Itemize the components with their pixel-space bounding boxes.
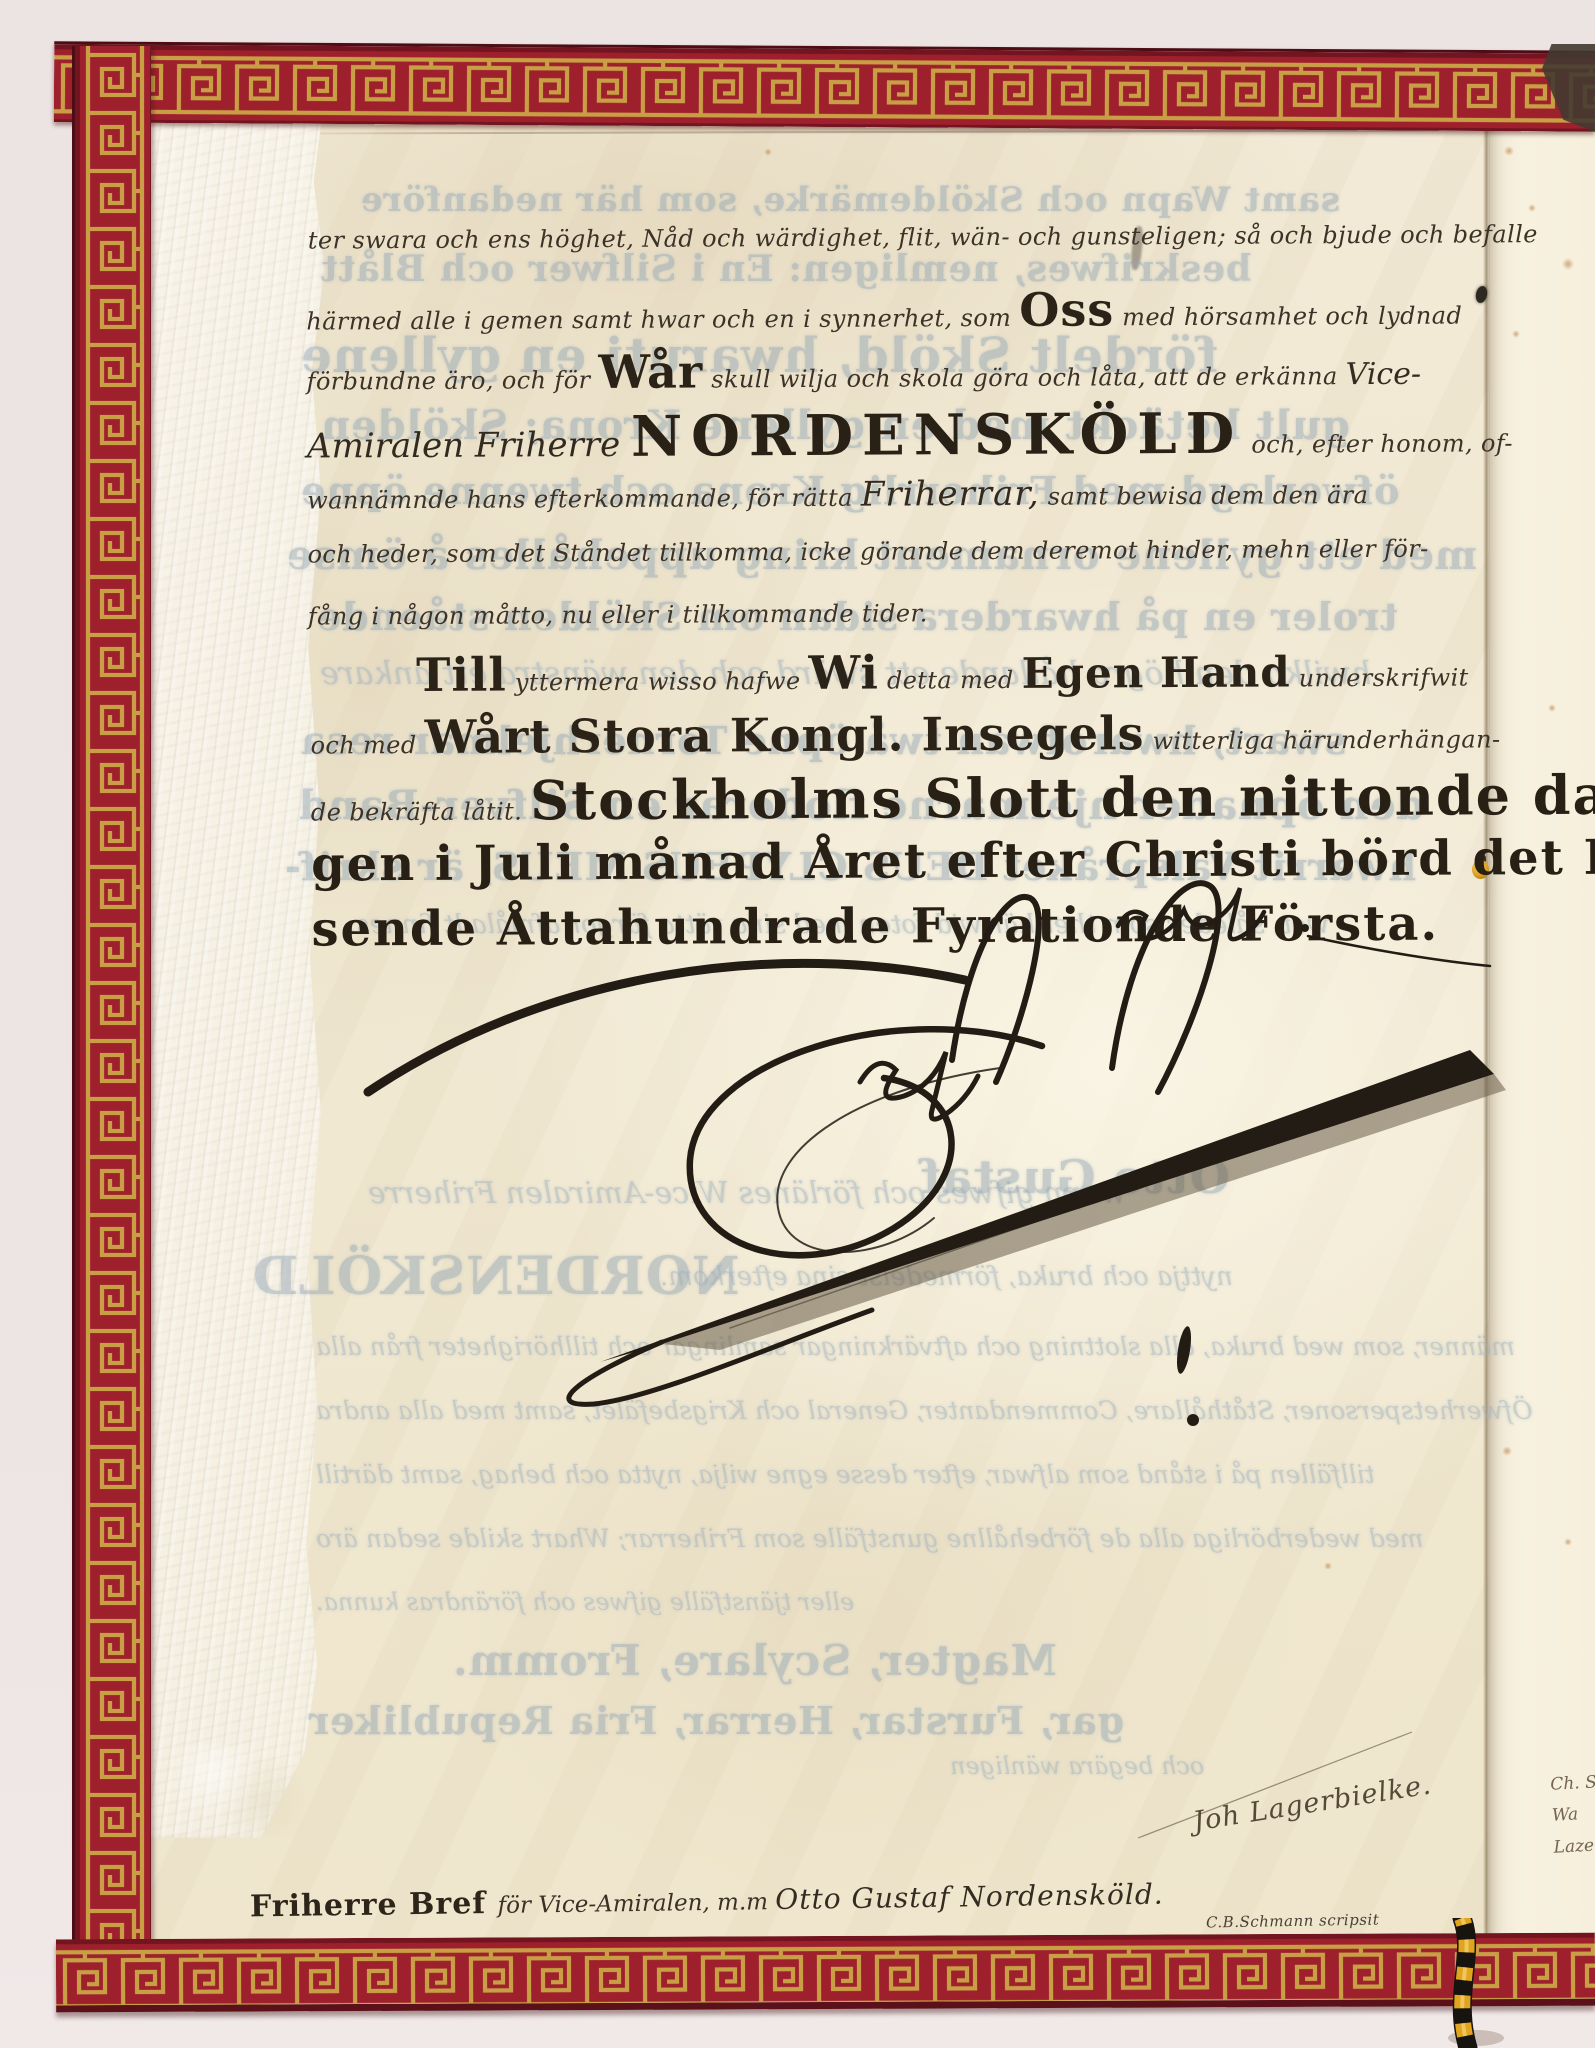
archival-label-text: Otto Gustaf Nordensköld. [775, 1881, 1164, 1914]
manuscript-line: Till yttermera wisso hafwe Wi detta med … [416, 646, 1469, 698]
manuscript-text: skull wilja och skola göra och låta, att… [703, 364, 1346, 393]
manuscript-text: ter swara och ens höghet, Nåd och wärdig… [308, 222, 1538, 254]
manuscript-line: Amiralen Friherre NORDENSKÖLD och, efter… [307, 404, 1513, 466]
edge-note-line: Wa [1551, 1798, 1595, 1833]
manuscript-text: witterliga härunderhängan- [1144, 727, 1500, 754]
manuscript-text: detta med [879, 668, 1022, 694]
manuscript-text: Wårt Stora Kongl. Insegels [425, 710, 1145, 760]
manuscript-text: Stockholms Slott den nittonde da- [530, 768, 1595, 828]
scanned-document-photo: samt Wapn och Sköldemärke, som här nedan… [0, 0, 1595, 2048]
manuscript-text: Oss [1019, 286, 1114, 332]
edge-note-line: Laze [1553, 1829, 1595, 1864]
manuscript-text: härmed alle i gemen samt hwar och en i s… [306, 306, 1019, 335]
manuscript-line: ter swara och ens höghet, Nåd och wärdig… [308, 222, 1538, 254]
manuscript-text: förbundne äro, och för [307, 368, 599, 395]
manuscript-text: yttermera wisso hafwe [507, 669, 809, 696]
manuscript-text: fång i någon måtto, nu eller i tillkomma… [308, 601, 928, 629]
manuscript-text: underskrifwit [1291, 665, 1469, 691]
manuscript-line: och heder, som det Ståndet tillkomma, ic… [307, 537, 1428, 568]
manuscript-line: de bekräfta låtit. Stockholms Slott den … [311, 768, 1595, 829]
manuscript-text: och heder, som det Ståndet tillkomma, ic… [307, 537, 1428, 568]
manuscript-text: Vice- [1346, 360, 1422, 390]
manuscript-line: wannämnde hans efterkommande, för rätta … [307, 475, 1368, 515]
manuscript-text: NORDENSKÖLD [631, 406, 1244, 465]
archival-label-text: Friherre Bref [250, 1889, 498, 1922]
manuscript-line: förbundne äro, och för Wår skull wilja o… [306, 345, 1421, 397]
manuscript-text: Wår [598, 348, 703, 395]
manuscript-line: härmed alle i gemen samt hwar och en i s… [306, 285, 1462, 337]
scribe-mark: C.B.Schmann scripsit [1206, 1912, 1380, 1930]
manuscript-text: med hörsamhet och lydnad [1114, 304, 1462, 331]
edge-notes: Ch. SegWaLaze [1550, 1766, 1595, 1864]
manuscript-text: Wi [808, 650, 879, 696]
manuscript-text: de bekräfta låtit. [311, 799, 530, 825]
archival-label-text: Vice-Amiralen, m.m [538, 1891, 775, 1917]
archival-label-text: för [498, 1894, 539, 1918]
carl-johan-signature [300, 830, 1595, 1450]
manuscript-text: Egen Hand [1022, 651, 1291, 694]
manuscript-text: wannämnde hans efterkommande, för rätta [307, 486, 861, 514]
manuscript-line: fång i någon måtto, nu eller i tillkomma… [308, 601, 928, 629]
manuscript-text: Friherrar, [861, 477, 1040, 512]
manuscript-text: Till [416, 652, 507, 698]
seal-cord [1418, 1918, 1538, 2048]
edge-note-line: Ch. Seg [1550, 1766, 1595, 1801]
manuscript-text: Amiralen Friherre [307, 428, 631, 464]
manuscript-text: och med [310, 733, 424, 759]
manuscript-text: samt bewisa dem den ära [1040, 483, 1369, 510]
manuscript-line: och med Wårt Stora Kongl. Insegels witte… [310, 708, 1500, 760]
manuscript-text: och, efter honom, of- [1243, 431, 1513, 458]
